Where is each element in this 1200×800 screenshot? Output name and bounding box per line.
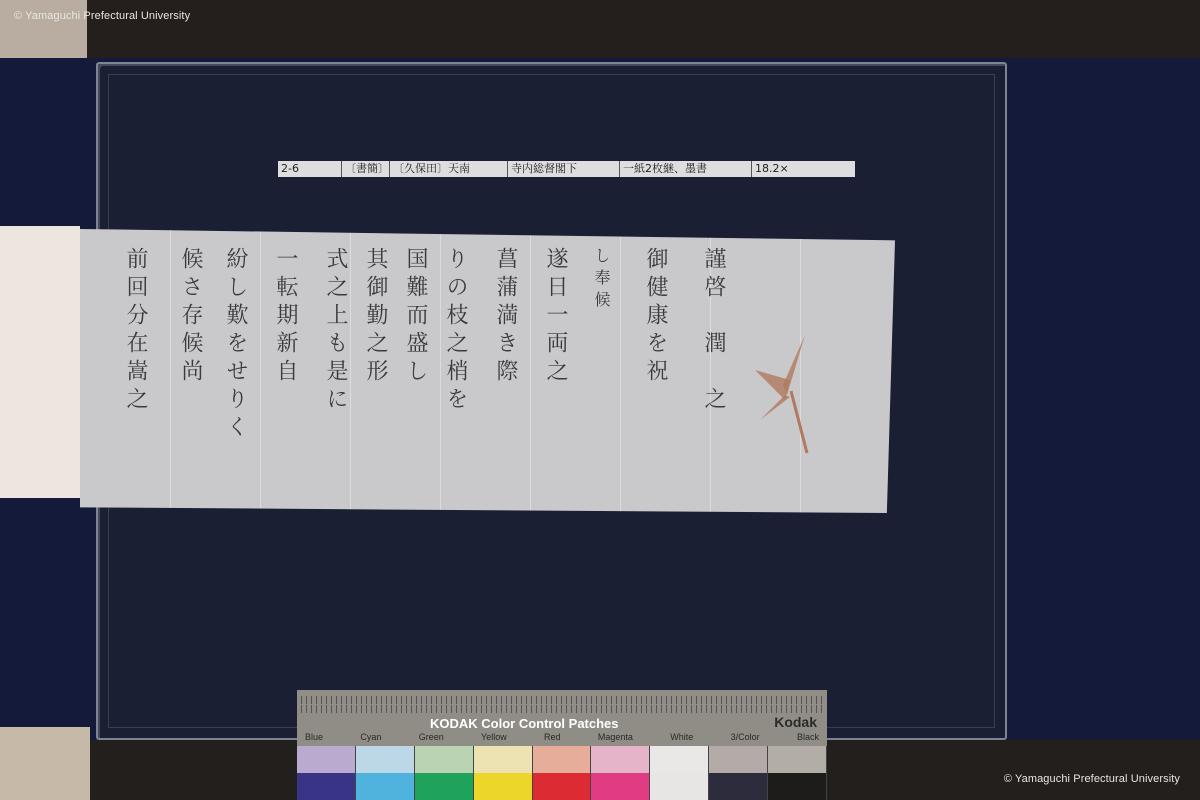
red-ink-mark-icon <box>755 325 815 455</box>
kodak-color-control-patches: KODAK Color Control Patches Kodak Blue C… <box>297 690 827 800</box>
patch-label: Blue <box>305 732 323 742</box>
letter-column: し奉候 <box>590 247 613 313</box>
patch-label: 3/Color <box>731 732 760 742</box>
patch-label: Black <box>797 732 819 742</box>
color-patch <box>474 746 533 800</box>
color-patch <box>768 746 827 800</box>
background-paper-top <box>0 0 87 58</box>
letter-column: 菖蒲満き際 <box>490 247 521 387</box>
letter-column: 謹啓 潤 之 <box>698 247 729 415</box>
catalog-label: 2-6 〔書簡〕 〔久保田〕天南 寺内総督閣下 一紙2枚継、墨書 18.2× <box>278 161 855 177</box>
copyright-top-left: © Yamaguchi Prefectural University <box>14 10 190 22</box>
label-id: 2-6 <box>278 161 342 177</box>
color-patch <box>356 746 415 800</box>
patch-label: White <box>670 732 693 742</box>
letter-column: 式之上も是に <box>320 247 351 415</box>
letter-column: 国難而盛し <box>400 247 431 387</box>
label-recipient: 寺内総督閣下 <box>508 161 620 177</box>
label-type: 〔書簡〕 <box>342 161 390 177</box>
label-size: 18.2× <box>752 161 855 177</box>
letter-column: 遂日一両之 <box>540 247 571 387</box>
letter-column: 一転期新自 <box>270 247 301 387</box>
color-patch <box>709 746 768 800</box>
letter-column: りの枝之梢を <box>440 247 471 415</box>
letter-column: 紛し歎をせりく <box>220 247 251 443</box>
patch-label: Red <box>544 732 561 742</box>
letter-column: 御健康を祝 <box>640 247 671 387</box>
color-patch <box>297 746 356 800</box>
kodak-title: KODAK Color Control Patches <box>430 716 619 731</box>
letter-column: 前回分在嵩之 <box>120 247 151 415</box>
patch-labels: Blue Cyan Green Yellow Red Magenta White… <box>297 732 827 742</box>
color-patch <box>650 746 709 800</box>
color-patch <box>415 746 474 800</box>
patch-label: Magenta <box>598 732 633 742</box>
adjacent-letter-sheet <box>0 226 80 498</box>
letter-column: 候さ存候尚 <box>175 247 206 387</box>
background-paper-bottom <box>0 727 90 800</box>
color-patch <box>591 746 650 800</box>
copyright-bottom-right: © Yamaguchi Prefectural University <box>1004 773 1180 785</box>
kodak-logo: Kodak <box>774 714 817 730</box>
letter-column: 其御勤之形 <box>360 247 391 387</box>
label-format: 一紙2枚継、墨書 <box>620 161 752 177</box>
patch-label: Yellow <box>481 732 507 742</box>
patch-label: Cyan <box>360 732 381 742</box>
patch-label: Green <box>419 732 444 742</box>
label-author: 〔久保田〕天南 <box>390 161 508 177</box>
color-patches <box>297 746 827 800</box>
color-patch <box>533 746 592 800</box>
